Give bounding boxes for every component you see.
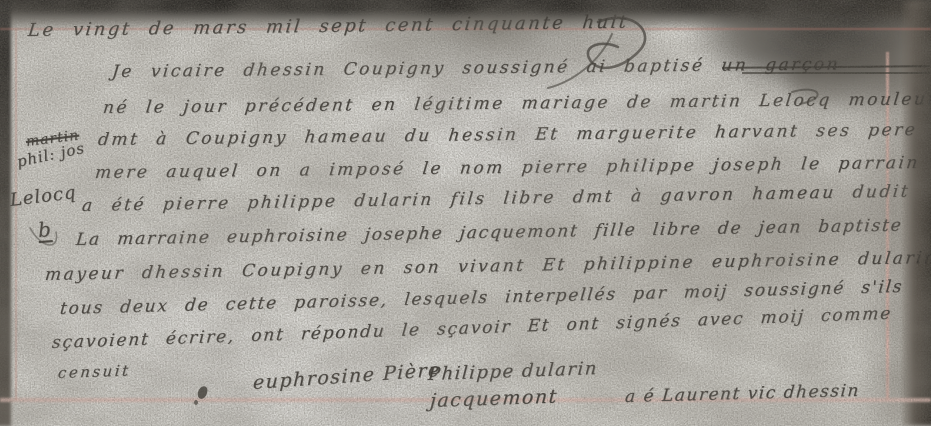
scan-dark-left-edge xyxy=(0,0,11,426)
manuscript-line-6: a été pierre philippe dularin fils libre… xyxy=(81,182,911,216)
margin-note-baptism-mark: b xyxy=(37,217,52,242)
ink-blot xyxy=(197,385,209,400)
signature-priest: a é Laurent vic dhessin xyxy=(624,381,860,407)
scan-dark-right-edge xyxy=(902,0,931,426)
baptism-record-scan: martin phil: jos Lelocq b Le vingt de ma… xyxy=(0,0,931,426)
scan-dark-corner-stain xyxy=(688,0,931,96)
manuscript-line-1: Le vingt de mars mil sept cent cinquante… xyxy=(27,12,630,41)
signature-godmother-first: euphrosine Pière xyxy=(253,359,442,394)
margin-note-surname: Lelocq xyxy=(9,182,78,211)
manuscript-line-4: dmt à Coupigny hameau du hessin Et margu… xyxy=(97,119,931,150)
ink-blot xyxy=(194,400,198,405)
manuscript-line-2: Je vicaire dhessin Coupigny soussigné ai… xyxy=(111,54,841,82)
manuscript-line-7: La marraine euphroisine josephe jacquemo… xyxy=(75,216,904,250)
manuscript-line-3: né le jour précédent en légitime mariage… xyxy=(102,89,931,118)
scan-right-shading xyxy=(858,0,904,426)
film-frame-line-left xyxy=(15,28,17,400)
manuscript-line-5: mere auquel on a imposé le nom pierre ph… xyxy=(94,153,921,183)
signature-godmother-last: jacquemont xyxy=(429,386,558,413)
signature-godfather: Philippe dularin xyxy=(427,358,598,385)
manuscript-line-11: censuit xyxy=(57,361,131,382)
